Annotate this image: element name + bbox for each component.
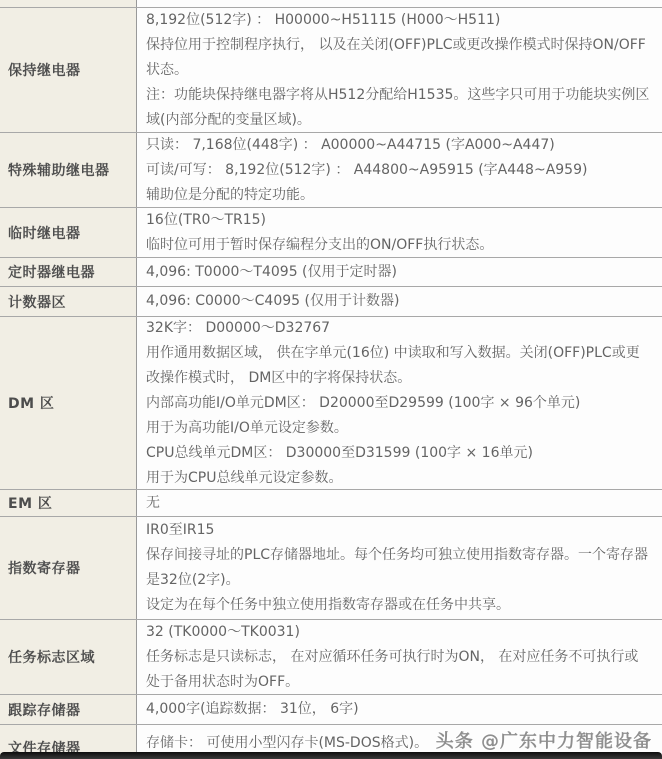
spec-text-line: 4,096: T0000～T4095 (仅用于定时器) [146,260,652,285]
spec-text-line: 保存间接寻址的PLC存储器地址。每个任务均可独立使用指数寄存器。一个寄存器是32… [146,543,652,593]
spec-text-line: 32 (TK0000～TK0031) [146,620,652,645]
table-row: 跟踪存储器 4,000字(追踪数据： 31位， 6字) [0,695,662,725]
table-row: 计数器区 4,096: C0000～C4095 (仅用于计数器) [0,287,662,317]
row-header-timer-relay: 定时器继电器 [0,258,137,286]
spec-text-line: 用作通用数据区域， 供在字单元(16位) 中读取和写入数据。关闭(OFF)PLC… [146,341,652,391]
spec-text-line: 32K字： D00000～D32767 [146,317,652,341]
spec-text-line: 4,000字(追踪数据： 31位， 6字) [146,697,652,722]
row-header-task-flag-area: 任务标志区域 [0,620,137,694]
row-header-trace-memory: 跟踪存储器 [0,695,137,724]
spec-text-line: 保持位用于控制程序执行， 以及在关闭(OFF)PLC或更改操作模式时保持ON/O… [146,33,652,83]
bottom-dark-bar [0,752,662,759]
row-header-dm-area: DM 区 [0,317,137,489]
spec-text-line: 临时位可用于暂时保存编程分支出的ON/OFF执行状态。 [146,233,652,258]
spec-text-line: 4,096: C0000～C4095 (仅用于计数器) [146,289,652,314]
row-content-cell: 4,000字(追踪数据： 31位， 6字) [137,695,662,724]
table-row: 临时继电器 16位(TR0～TR15) 临时位可用于暂时保存编程分支出的ON/O… [0,208,662,258]
row-content-cell: 只读： 7,168位(448字) ： A00000~A44715 (字A000~… [137,133,662,207]
spec-text-line: 可读/可写： 8,192位(512字) ： A44800~A95915 (字A4… [146,158,652,183]
toutiao-watermark: 头条 @广东中力智能设备 [436,727,652,753]
row-content-cell: IR0至IR15 保存间接寻址的PLC存储器地址。每个任务均可独立使用指数寄存器… [137,517,662,619]
table-row-partial [0,0,662,8]
row-header-index-register: 指数寄存器 [0,517,137,619]
row-content-cell: 无 [137,490,662,516]
row-content-cell: 16位(TR0～TR15) 临时位可用于暂时保存编程分支出的ON/OFF执行状态… [137,208,662,257]
table-row: 定时器继电器 4,096: T0000～T4095 (仅用于定时器) [0,258,662,287]
row-content-cell: 32 (TK0000～TK0031) 任务标志是只读标志， 在对应循环任务可执行… [137,620,662,694]
row-header-special-aux-relay: 特殊辅助继电器 [0,133,137,207]
memory-areas-table: 保持继电器 8,192位(512字) ： H00000~H51115 (H000… [0,0,662,759]
table-row: 指数寄存器 IR0至IR15 保存间接寻址的PLC存储器地址。每个任务均可独立使… [0,517,662,620]
row-content-cell: 32K字： D00000～D32767 用作通用数据区域， 供在字单元(16位)… [137,317,662,489]
spec-text-line: 16位(TR0～TR15) [146,208,652,233]
spec-text-line: CPU总线单元DM区： D30000至D31599 (100字 × 16单元) [146,441,652,466]
spec-text-line: 用于为高功能I/O单元设定参数。 [146,416,652,441]
table-row: EM 区 无 [0,490,662,517]
row-content-cell [137,0,662,7]
row-header-temp-relay: 临时继电器 [0,208,137,257]
spec-text-line: 8,192位(512字) ： H00000~H51115 (H000～H511) [146,8,652,33]
spec-text-line: 无 [146,491,652,516]
row-content-cell: 4,096: T0000～T4095 (仅用于定时器) [137,258,662,286]
spec-text-line: IR0至IR15 [146,518,652,543]
spec-text-line: 任务标志是只读标志， 在对应循环任务可执行时为ON， 在对应任务不可执行或处于备… [146,645,652,695]
spec-text-line: 设定为在每个任务中独立使用指数寄存器或在任务中共享。 [146,593,652,618]
row-header-holding-relay: 保持继电器 [0,8,137,132]
row-content-cell: 8,192位(512字) ： H00000~H51115 (H000～H511)… [137,8,662,132]
row-content-cell: 4,096: C0000～C4095 (仅用于计数器) [137,287,662,316]
spec-text-line: 注：功能块保持继电器字将从H512分配给H1535。这些字只可用于功能块实例区域… [146,83,652,133]
row-header-counter-area: 计数器区 [0,287,137,316]
table-row: 任务标志区域 32 (TK0000～TK0031) 任务标志是只读标志， 在对应… [0,620,662,695]
table-row: 特殊辅助继电器 只读： 7,168位(448字) ： A00000~A44715… [0,133,662,208]
spec-text-line: 只读： 7,168位(448字) ： A00000~A44715 (字A000~… [146,133,652,158]
row-header-em-area: EM 区 [0,490,137,516]
spec-text-line: 内部高功能I/O单元DM区： D20000至D29599 (100字 × 96个… [146,391,652,416]
row-header-cell [0,0,137,7]
spec-text-line: 辅助位是分配的特定功能。 [146,183,652,208]
table-row: DM 区 32K字： D00000～D32767 用作通用数据区域， 供在字单元… [0,317,662,490]
spec-text-line: 用于为CPU总线单元设定参数。 [146,466,652,490]
table-row: 保持继电器 8,192位(512字) ： H00000~H51115 (H000… [0,8,662,133]
